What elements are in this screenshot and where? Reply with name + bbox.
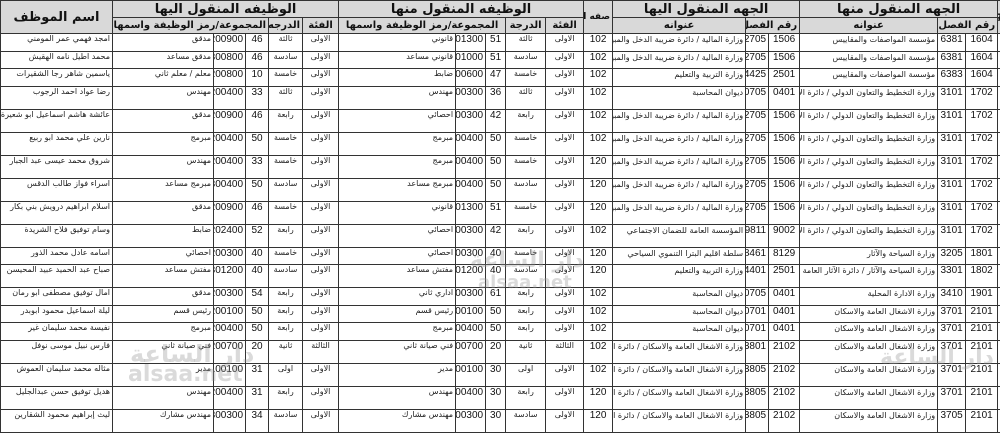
- to-job-category: الاولى: [303, 288, 339, 306]
- to-job-code: 202400: [214, 224, 246, 247]
- from-job-code: 201300: [456, 201, 486, 224]
- to-job-code: 200300: [214, 288, 246, 306]
- to-job-grade: سادسة: [269, 265, 303, 288]
- appointment-type: 102: [584, 323, 613, 341]
- to-job-category: الاولى: [303, 363, 339, 386]
- to-job-group: 54: [246, 288, 269, 306]
- from-job-name: ضابط: [339, 69, 456, 87]
- table-row: 5121013701وزارة الاشغال العامة والاسكان2…: [1, 340, 1000, 363]
- to-job-code: 200700: [214, 340, 246, 363]
- to-job-group: 50: [246, 132, 269, 155]
- appointment-type: 102: [584, 224, 613, 247]
- from-job-category: الاولى: [546, 224, 584, 247]
- from-job-name: رئيس قسم: [339, 305, 456, 323]
- from-job-group: 51: [486, 201, 506, 224]
- to-chapter-secondary: 0705: [746, 86, 769, 109]
- to-job-code: 200800: [214, 69, 246, 87]
- to-chapter-secondary: 4425: [746, 69, 769, 87]
- to-job-category: الاولى: [303, 409, 339, 432]
- from-job-category: الاولى: [546, 155, 584, 178]
- table-body: 3616046381مؤسسة المواصفات والمقاييس15062…: [1, 34, 1000, 433]
- to-job-group: 52: [246, 224, 269, 247]
- from-job-category: الاولى: [546, 34, 584, 52]
- employee-name: ياسمين شاهر رجا الشقيرات: [1, 69, 113, 87]
- to-chapter-secondary: 0701: [746, 323, 769, 341]
- appointment-type: 120: [584, 409, 613, 432]
- from-job-code: 100100: [456, 363, 486, 386]
- from-job-category: الاولى: [546, 86, 584, 109]
- from-job-name: قانوني مساعد: [339, 51, 456, 69]
- from-chapter-primary: 1901: [966, 288, 998, 306]
- to-job-grade: خامسة: [269, 155, 303, 178]
- from-chapter-secondary: 3701: [938, 323, 966, 341]
- employee-name: اسراء فواز طالب الدقس: [1, 178, 113, 201]
- from-entity-address: مؤسسة المواصفات والمقاييس: [800, 51, 938, 69]
- from-job-group: 50: [486, 155, 506, 178]
- table-row: 3917023101وزارة التخطيط والتعاون الدولي …: [1, 86, 1000, 109]
- from-chapter-secondary: 3101: [938, 86, 966, 109]
- from-job-name: مهندس: [339, 386, 456, 409]
- to-chapter-primary: 0401: [769, 323, 800, 341]
- from-entity-address: وزارة الاشغال العامة والاسكان: [800, 363, 938, 386]
- to-chapter-secondary: 3801: [746, 340, 769, 363]
- from-job-code: 200300: [456, 288, 486, 306]
- employee-name: ليلة اسماعيل محمود ابوبدر: [1, 305, 113, 323]
- to-job-name: مدقق: [113, 34, 214, 52]
- to-chapter-primary: 1506: [769, 155, 800, 178]
- to-chapter-secondary: 9811: [746, 224, 769, 247]
- table-row: 4317023101وزارة التخطيط والتعاون الدولي …: [1, 178, 1000, 201]
- table-row: 4618013205وزارة السياحة والآثار81298461س…: [1, 247, 1000, 265]
- from-job-code: 200400: [456, 132, 486, 155]
- to-job-group: 46: [246, 201, 269, 224]
- table-row: 5421013705وزارة الاشغال العامة والاسكان2…: [1, 409, 1000, 432]
- from-chapter-primary: 2101: [966, 363, 998, 386]
- to-job-grade: خامسة: [269, 69, 303, 87]
- to-job-category: الاولى: [303, 265, 339, 288]
- to-chapter-primary: 0401: [769, 86, 800, 109]
- from-job-code: 200700: [456, 340, 486, 363]
- from-job-group: 50: [486, 323, 506, 341]
- to-job-code: 300800: [214, 51, 246, 69]
- to-chapter-secondary: 2705: [746, 34, 769, 52]
- from-job-grade: خامسة: [506, 201, 546, 224]
- table-row: 4921013701وزارة الاشغال العامة والاسكان0…: [1, 305, 1000, 323]
- to-job-name: مدير: [113, 363, 214, 386]
- from-job-name: احصائي: [339, 224, 456, 247]
- header-from-grade: الدرجة: [506, 18, 546, 34]
- to-job-category: الاولى: [303, 132, 339, 155]
- from-job-name: مبرمج: [339, 132, 456, 155]
- to-job-name: مدقق: [113, 288, 214, 306]
- from-job-code: 301000: [456, 51, 486, 69]
- to-entity-address: المؤسسة العامة للضمان الاجتماعي: [613, 224, 746, 247]
- from-job-code: 200300: [456, 247, 486, 265]
- from-job-code: 300400: [456, 178, 486, 201]
- from-job-grade: رابعة: [506, 323, 546, 341]
- table-row: 5321013701وزارة الاشغال العامة والاسكان2…: [1, 386, 1000, 409]
- employee-name: مثاله محمد سليمان العموش: [1, 363, 113, 386]
- to-entity-address: ديوان المحاسبة: [613, 86, 746, 109]
- from-job-code: 200400: [456, 155, 486, 178]
- to-job-name: فني صيانة ثاني: [113, 340, 214, 363]
- appointment-type: 102: [584, 363, 613, 386]
- from-entity-address: مؤسسة المواصفات والمقاييس: [800, 34, 938, 52]
- from-job-group: 36: [486, 86, 506, 109]
- to-chapter-primary: 2102: [769, 386, 800, 409]
- to-entity-address: ديوان المحاسبة: [613, 323, 746, 341]
- from-job-code: 200400: [456, 323, 486, 341]
- employee-name: رضا عواد احمد الرجوب: [1, 86, 113, 109]
- to-chapter-secondary: 4401: [746, 265, 769, 288]
- from-job-category: الاولى: [546, 132, 584, 155]
- from-entity-address: وزارة الاشغال العامة والاسكان: [800, 305, 938, 323]
- from-chapter-secondary: 3101: [938, 155, 966, 178]
- to-job-code: 200400: [214, 132, 246, 155]
- to-job-category: الاولى: [303, 69, 339, 87]
- from-job-name: قانوني: [339, 201, 456, 224]
- to-chapter-secondary: 2705: [746, 51, 769, 69]
- from-entity-address: وزارة الاشغال العامة والاسكان: [800, 323, 938, 341]
- from-job-category: الاولى: [546, 201, 584, 224]
- to-job-name: مبرمج: [113, 323, 214, 341]
- from-job-grade: سادسة: [506, 409, 546, 432]
- appointment-type: 120: [584, 247, 613, 265]
- to-chapter-primary: 1506: [769, 51, 800, 69]
- from-job-grade: ثالثة: [506, 34, 546, 52]
- from-job-group: 30: [486, 363, 506, 386]
- table-row: 4417023101وزارة التخطيط والتعاون الدولي …: [1, 201, 1000, 224]
- from-chapter-secondary: 3101: [938, 201, 966, 224]
- from-job-name: مهندس: [339, 86, 456, 109]
- header-to-entity: الجهه المنقول اليها: [613, 1, 800, 18]
- to-job-grade: رابعة: [269, 323, 303, 341]
- appointment-type: 102: [584, 288, 613, 306]
- from-chapter-secondary: 3701: [938, 363, 966, 386]
- to-chapter-primary: 2102: [769, 340, 800, 363]
- to-chapter-secondary: 2705: [746, 201, 769, 224]
- from-job-name: قانوني: [339, 34, 456, 52]
- to-job-group: 46: [246, 109, 269, 132]
- to-job-name: مدقق مساعد: [113, 51, 214, 69]
- to-chapter-secondary: 3805: [746, 363, 769, 386]
- from-chapter-secondary: 3701: [938, 305, 966, 323]
- to-job-grade: اولى: [269, 363, 303, 386]
- employee-name: محمد اطيل نامه الهقيش: [1, 51, 113, 69]
- to-job-category: الاولى: [303, 247, 339, 265]
- from-job-group: 51: [486, 34, 506, 52]
- to-job-name: مبرمج مساعد: [113, 178, 214, 201]
- header-to-address: عنوانه: [613, 18, 746, 34]
- header-from-group-code-name: المجموعة/رمز الوظيفة واسمها: [339, 18, 506, 34]
- from-job-grade: خامسة: [506, 69, 546, 87]
- from-chapter-primary: 1702: [966, 178, 998, 201]
- to-entity-address: ديوان المحاسبة: [613, 305, 746, 323]
- to-job-grade: ثانية: [269, 340, 303, 363]
- from-job-name: مبرمج: [339, 323, 456, 341]
- from-job-group: 40: [486, 265, 506, 288]
- to-job-code: 200900: [214, 109, 246, 132]
- to-job-group: 33: [246, 155, 269, 178]
- header-to-group-code-name: المجموعة/رمز الوظيفة واسمها: [113, 18, 269, 34]
- to-job-name: احصائي: [113, 247, 214, 265]
- to-job-grade: رابعة: [269, 224, 303, 247]
- from-job-code: 301200: [456, 265, 486, 288]
- from-job-group: 42: [486, 224, 506, 247]
- header-from-category: الفئة: [546, 18, 584, 34]
- to-entity-address: وزارة المالية / دائرة ضريبة الدخل والمبي…: [613, 109, 746, 132]
- from-job-name: مبرمج: [339, 155, 456, 178]
- to-chapter-primary: 1506: [769, 132, 800, 155]
- from-job-category: الاولى: [546, 247, 584, 265]
- from-job-group: 42: [486, 109, 506, 132]
- table-row: 4718023301وزارة السياحة والآثار / دائرة …: [1, 265, 1000, 288]
- to-job-code: 200400: [214, 155, 246, 178]
- to-job-group: 10: [246, 69, 269, 87]
- to-chapter-secondary: 8461: [746, 247, 769, 265]
- from-job-category: الاولى: [546, 178, 584, 201]
- to-job-name: مهندس: [113, 86, 214, 109]
- from-job-grade: رابعة: [506, 288, 546, 306]
- from-job-category: الاولى: [546, 288, 584, 306]
- to-job-code: 200400: [214, 386, 246, 409]
- to-job-group: 50: [246, 178, 269, 201]
- from-job-name: مبرمج مساعد: [339, 178, 456, 201]
- from-job-name: اداري ثاني: [339, 288, 456, 306]
- to-entity-address: وزارة المالية / دائرة ضريبة الدخل والمبي…: [613, 178, 746, 201]
- employee-name: هديل توفيق حسن عبدالجليل: [1, 386, 113, 409]
- from-chapter-primary: 1802: [966, 265, 998, 288]
- employee-name: عائشة هاشم اسماعيل ابو شعيرة: [1, 109, 113, 132]
- appointment-type: 102: [584, 51, 613, 69]
- to-entity-address: وزارة الاشغال العامة والاسكان / دائرة ال…: [613, 340, 746, 363]
- appointment-type: 120: [584, 155, 613, 178]
- header-from-entity: الجهه المنقول منها: [800, 1, 998, 18]
- header-to-job: الوظيفه المنقول اليها: [113, 1, 339, 18]
- to-job-grade: خامسة: [269, 201, 303, 224]
- to-job-category: الاولى: [303, 201, 339, 224]
- from-job-grade: سادسة: [506, 51, 546, 69]
- from-chapter-secondary: 6381: [938, 34, 966, 52]
- from-job-name: فني صيانة ثاني: [339, 340, 456, 363]
- table-row: 3616046381مؤسسة المواصفات والمقاييس15062…: [1, 34, 1000, 52]
- to-chapter-primary: 2501: [769, 265, 800, 288]
- table-row: 5021013701وزارة الاشغال العامة والاسكان0…: [1, 323, 1000, 341]
- from-chapter-primary: 1604: [966, 34, 998, 52]
- appointment-type: 102: [584, 109, 613, 132]
- from-entity-address: وزارة التخطيط والتعاون الدولي / دائرة ال…: [800, 178, 938, 201]
- header-to-chapter: رقم الفصل: [746, 18, 800, 34]
- to-entity-address: ديوان المحاسبة: [613, 288, 746, 306]
- from-job-code: 200400: [456, 386, 486, 409]
- from-job-group: 50: [486, 178, 506, 201]
- transfer-table-sheet: ت# الجهه المنقول منها الجهه المنقول اليه…: [0, 0, 1000, 438]
- to-chapter-primary: 1506: [769, 34, 800, 52]
- employee-transfer-table: ت# الجهه المنقول منها الجهه المنقول اليه…: [0, 0, 1000, 433]
- to-chapter-primary: 9002: [769, 224, 800, 247]
- to-job-category: الاولى: [303, 305, 339, 323]
- from-job-grade: رابعة: [506, 305, 546, 323]
- to-chapter-secondary: 3805: [746, 409, 769, 432]
- from-job-grade: سادسة: [506, 265, 546, 288]
- from-chapter-primary: 1702: [966, 224, 998, 247]
- to-job-category: الاولى: [303, 34, 339, 52]
- employee-name: نفيسة محمد سليمان غير: [1, 323, 113, 341]
- from-job-code: 200100: [456, 305, 486, 323]
- from-chapter-primary: 2101: [966, 386, 998, 409]
- from-chapter-primary: 1604: [966, 69, 998, 87]
- to-job-group: 31: [246, 386, 269, 409]
- to-chapter-primary: 0401: [769, 305, 800, 323]
- employee-name: ليث إبراهيم محمود الشقارين: [1, 409, 113, 432]
- to-entity-address: وزارة المالية / دائرة ضريبة الدخل والمبي…: [613, 201, 746, 224]
- to-chapter-secondary: 0701: [746, 305, 769, 323]
- from-job-category: الاولى: [546, 363, 584, 386]
- from-entity-address: وزارة الاشغال العامة والاسكان: [800, 386, 938, 409]
- to-chapter-primary: 0401: [769, 288, 800, 306]
- to-chapter-primary: 1506: [769, 178, 800, 201]
- to-chapter-secondary: 2705: [746, 109, 769, 132]
- to-job-name: رئيس قسم: [113, 305, 214, 323]
- table-row: 4117023101وزارة التخطيط والتعاون الدولي …: [1, 132, 1000, 155]
- to-job-category: الاولى: [303, 109, 339, 132]
- from-job-group: 20: [486, 340, 506, 363]
- header-to-category: الفئة: [303, 18, 339, 34]
- to-job-name: مدقق: [113, 201, 214, 224]
- employee-name: امجد فهمي عمر المومني: [1, 34, 113, 52]
- to-job-code: 301200: [214, 265, 246, 288]
- to-entity-address: وزارة المالية / دائرة ضريبة الدخل والمبي…: [613, 155, 746, 178]
- from-job-group: 30: [486, 386, 506, 409]
- from-job-code: 200300: [456, 224, 486, 247]
- from-job-grade: رابعة: [506, 109, 546, 132]
- to-job-name: ضابط: [113, 224, 214, 247]
- to-job-code: 200100: [214, 305, 246, 323]
- from-chapter-primary: 2101: [966, 323, 998, 341]
- from-chapter-secondary: 6381: [938, 51, 966, 69]
- from-job-name: مدير: [339, 363, 456, 386]
- appointment-type: 102: [584, 305, 613, 323]
- to-job-group: 40: [246, 265, 269, 288]
- header-from-job: الوظيفه المنقول منها: [339, 1, 584, 18]
- from-job-category: الاولى: [546, 305, 584, 323]
- to-job-grade: رابعة: [269, 305, 303, 323]
- to-job-name: مهندس: [113, 386, 214, 409]
- to-job-category: الاولى: [303, 86, 339, 109]
- to-job-category: الاولى: [303, 155, 339, 178]
- from-chapter-secondary: 3301: [938, 265, 966, 288]
- from-entity-address: وزارة الادارة المحلية: [800, 288, 938, 306]
- to-job-code: 300300: [214, 409, 246, 432]
- to-job-name: معلم / معلم ثاني: [113, 69, 214, 87]
- from-chapter-primary: 2101: [966, 305, 998, 323]
- to-entity-address: وزارة المالية / دائرة ضريبة الدخل والمبي…: [613, 34, 746, 52]
- to-entity-address: وزارة الاشغال العامة والاسكان / دائرة ال…: [613, 386, 746, 409]
- to-job-code: 200300: [214, 247, 246, 265]
- from-entity-address: وزارة التخطيط والتعاون الدولي / دائرة ال…: [800, 201, 938, 224]
- from-job-group: 40: [486, 247, 506, 265]
- from-job-grade: سادسة: [506, 178, 546, 201]
- to-job-code: 200900: [214, 201, 246, 224]
- employee-name: امال توفيق مصطفى ابو رمان: [1, 288, 113, 306]
- to-chapter-primary: 1506: [769, 201, 800, 224]
- employee-name: نارين علي محمد ابو ربيع: [1, 132, 113, 155]
- from-chapter-secondary: 6383: [938, 69, 966, 87]
- from-chapter-secondary: 3101: [938, 109, 966, 132]
- employee-name: وسام توفيق فلاح الشريدة: [1, 224, 113, 247]
- to-job-name: مهندس مشارك: [113, 409, 214, 432]
- from-chapter-primary: 1702: [966, 86, 998, 109]
- to-job-category: الثالثة: [303, 340, 339, 363]
- from-chapter-secondary: 3205: [938, 247, 966, 265]
- to-chapter-primary: 2501: [769, 69, 800, 87]
- to-job-name: مهندس: [113, 155, 214, 178]
- from-chapter-secondary: 3701: [938, 340, 966, 363]
- from-entity-address: وزارة السياحة والآثار: [800, 247, 938, 265]
- from-chapter-primary: 1801: [966, 247, 998, 265]
- from-entity-address: وزارة التخطيط والتعاون الدولي / دائرة ال…: [800, 155, 938, 178]
- header-from-chapter: رقم الفصل: [938, 18, 998, 34]
- to-job-category: الاولى: [303, 51, 339, 69]
- from-chapter-primary: 2101: [966, 409, 998, 432]
- to-job-code: 200400: [214, 323, 246, 341]
- to-job-grade: رابعة: [269, 109, 303, 132]
- table-row: 5221013701وزارة الاشغال العامة والاسكان2…: [1, 363, 1000, 386]
- header-from-address: عنوانه: [800, 18, 938, 34]
- from-chapter-primary: 1702: [966, 109, 998, 132]
- to-job-group: 31: [246, 363, 269, 386]
- from-entity-address: وزارة الاشغال العامة والاسكان: [800, 409, 938, 432]
- from-job-code: 201300: [456, 34, 486, 52]
- to-job-group: 46: [246, 34, 269, 52]
- employee-name: اسلام ابراهيم درويش بني بكار: [1, 201, 113, 224]
- from-chapter-primary: 1604: [966, 51, 998, 69]
- appointment-type: 102: [584, 86, 613, 109]
- header-appointment-type: صفه التعين: [584, 1, 613, 34]
- from-entity-address: وزارة السياحة والآثار / دائرة الآثار الع…: [800, 265, 938, 288]
- from-job-grade: خامسة: [506, 132, 546, 155]
- to-chapter-primary: 2102: [769, 363, 800, 386]
- to-chapter-primary: 8129: [769, 247, 800, 265]
- to-job-name: مفتش مساعد: [113, 265, 214, 288]
- to-job-category: الاولى: [303, 323, 339, 341]
- to-job-code: 200400: [214, 86, 246, 109]
- table-row: 4517023101وزارة التخطيط والتعاون الدولي …: [1, 224, 1000, 247]
- to-job-category: الاولى: [303, 386, 339, 409]
- from-job-group: 47: [486, 69, 506, 87]
- header-to-grade: الدرجه: [269, 18, 303, 34]
- from-chapter-secondary: 3101: [938, 178, 966, 201]
- from-job-name: مفتش مساعد: [339, 265, 456, 288]
- from-chapter-secondary: 3101: [938, 132, 966, 155]
- from-chapter-primary: 1702: [966, 132, 998, 155]
- to-job-group: 20: [246, 340, 269, 363]
- table-row: 3816046383مؤسسة المواصفات والمقاييس25014…: [1, 69, 1000, 87]
- from-chapter-primary: 1702: [966, 155, 998, 178]
- from-chapter-primary: 1702: [966, 201, 998, 224]
- table-row: 4017023101وزارة التخطيط والتعاون الدولي …: [1, 109, 1000, 132]
- from-job-group: 50: [486, 305, 506, 323]
- from-chapter-secondary: 3705: [938, 409, 966, 432]
- to-job-grade: خامسة: [269, 247, 303, 265]
- from-job-name: احصائي: [339, 109, 456, 132]
- appointment-type: 102: [584, 69, 613, 87]
- to-job-grade: رابعة: [269, 386, 303, 409]
- to-job-grade: سادسة: [269, 409, 303, 432]
- from-job-category: الاولى: [546, 386, 584, 409]
- from-job-category: الثالثة: [546, 340, 584, 363]
- from-job-code: 200600: [456, 69, 486, 87]
